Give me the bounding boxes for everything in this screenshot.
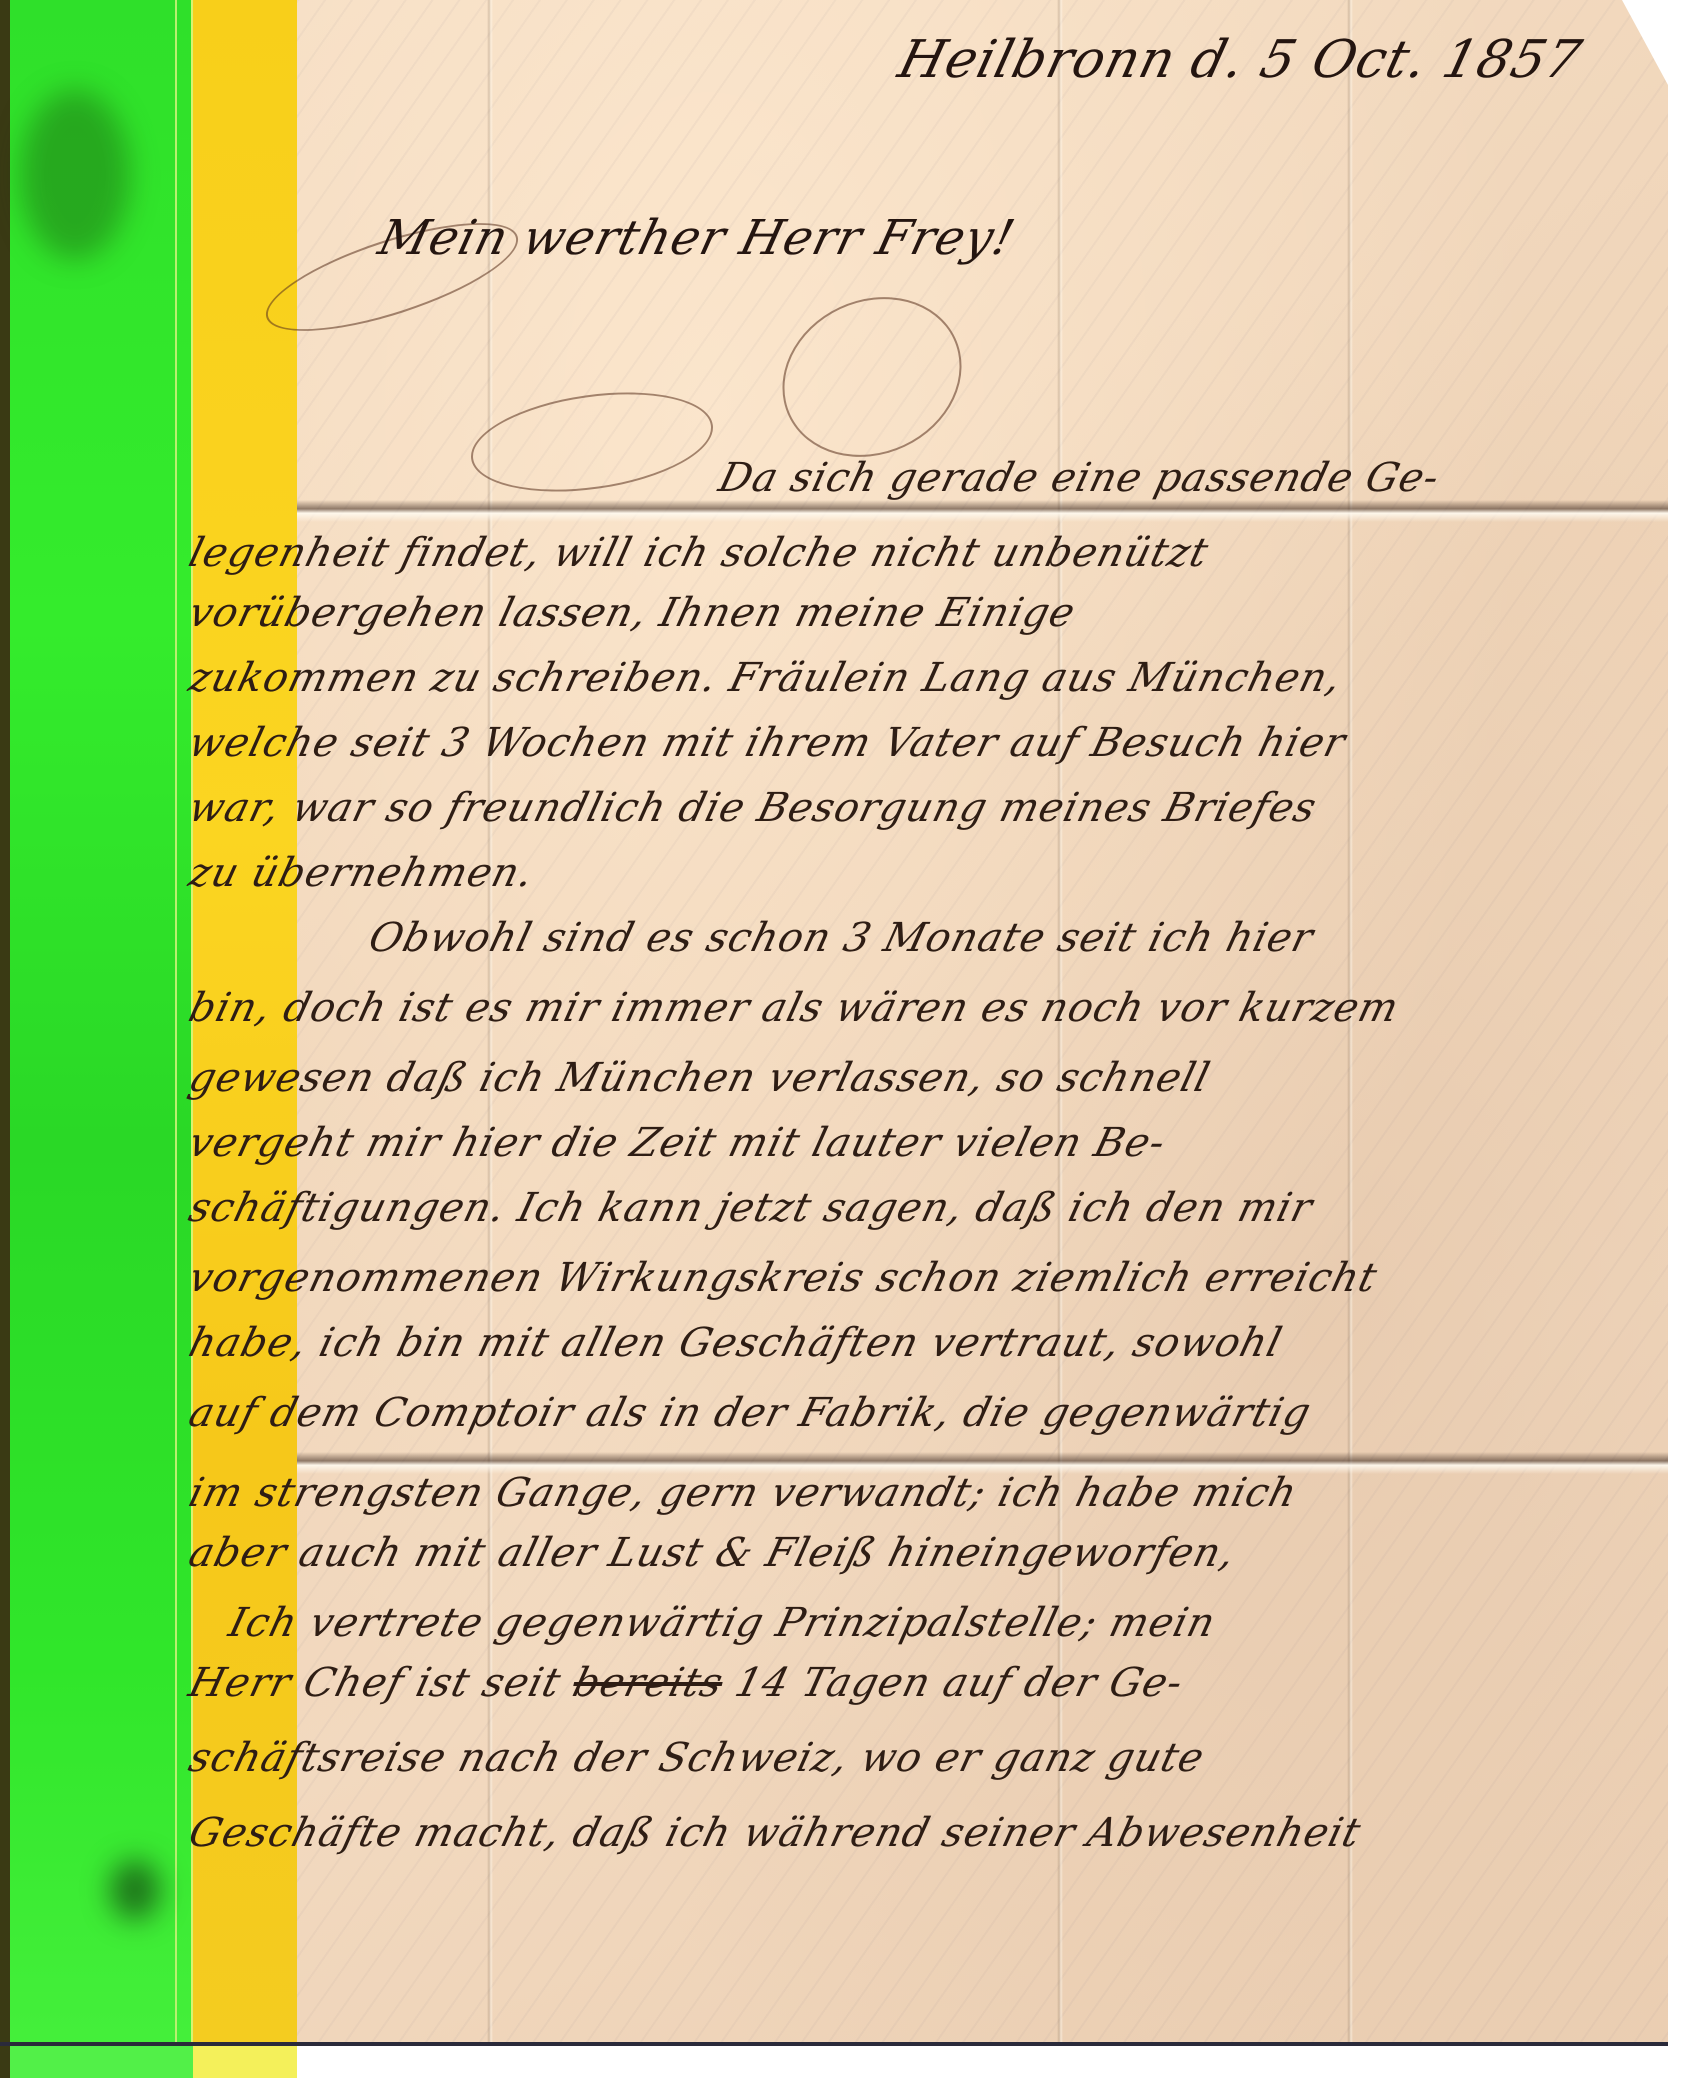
letter-line: habe, ich bin mit allen Geschäften vertr… [184, 1320, 1287, 1366]
letter-line: vorgenommenen Wirkungskreis schon ziemli… [184, 1255, 1382, 1301]
letter-line: Geschäfte macht, daß ich während seiner … [184, 1810, 1366, 1856]
ink-stain [110, 1860, 160, 1920]
green-margin-strip [10, 0, 193, 2078]
letter-line: schäftsreise nach der Schweiz, wo er gan… [184, 1735, 1209, 1781]
ink-stain [20, 90, 130, 260]
letter-line: Obwohl sind es schon 3 Monate seit ich h… [364, 915, 1318, 961]
letter-line: Ich vertrete gegenwärtig Prinzipalstelle… [224, 1600, 1220, 1646]
letter-line: zu übernehmen. [184, 850, 538, 896]
letter-line: war, war so freundlich die Besorgung mei… [184, 785, 1321, 831]
horizontal-fold-crease [297, 500, 1668, 522]
yellow-margin-strip-bottom [193, 2045, 297, 2078]
salutation: Mein werther Herr Frey! [373, 210, 1021, 266]
scan-edge-dark-strip [0, 0, 10, 2078]
letter-line: legenheit findet, will ich solche nicht … [184, 530, 1213, 576]
letter-text: 14 Tagen auf der Ge- [717, 1660, 1188, 1706]
green-strip-line [175, 0, 177, 2078]
paper-bottom-edge [0, 2042, 1668, 2046]
letter-line: Da sich gerade eine passende Ge- [714, 455, 1444, 501]
green-margin-strip-bottom [10, 2045, 193, 2078]
letter-line: auf dem Comptoir als in der Fabrik, die … [184, 1390, 1316, 1436]
letter-line: vergeht mir hier die Zeit mit lauter vie… [184, 1120, 1170, 1166]
letter-line: im strengsten Gange, gern verwandt; ich … [184, 1470, 1302, 1516]
letter-line: schäftigungen. Ich kann jetzt sagen, daß… [184, 1185, 1317, 1231]
letter-line: vorübergehen lassen, Ihnen meine Einige [184, 590, 1080, 636]
struck-through-word: bereits [568, 1660, 728, 1706]
letter-line: bin, doch ist es mir immer als wären es … [184, 985, 1404, 1031]
letter-line: Herr Chef ist seit bereits 14 Tagen auf … [184, 1660, 1188, 1706]
place-and-date: Heilbronn d. 5 Oct. 1857 [893, 30, 1588, 90]
letter-line: welche seit 3 Wochen mit ihrem Vater auf… [184, 720, 1350, 766]
letter-line: gewesen daß ich München verlassen, so sc… [184, 1055, 1215, 1101]
letter-text: Herr Chef ist seit [184, 1660, 579, 1706]
letter-line: zukommen zu schreiben. Fräulein Lang aus… [184, 655, 1346, 701]
letter-line: aber auch mit aller Lust & Fleiß hineing… [184, 1530, 1240, 1576]
